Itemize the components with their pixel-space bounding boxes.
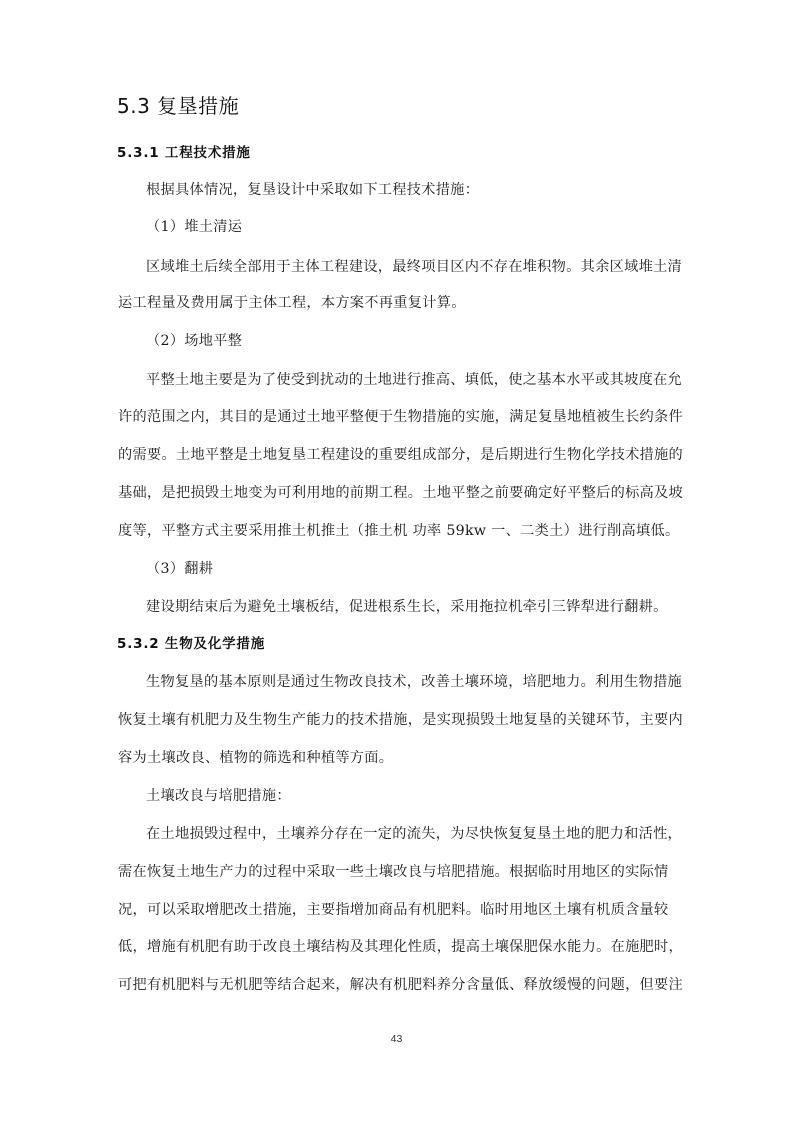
page-number: 43	[0, 1033, 793, 1045]
paragraph-line: 度等，平整方式主要采用推土机推土（推土机 功率 59kw 一、二类土）进行削高填…	[118, 521, 680, 541]
paragraph-line: 许的范围之内，其目的是通过土地平整便于生物措施的实施，满足复垦地植被生长约条件	[118, 407, 683, 427]
sub-title-soil-improvement: 土壤改良与培肥措施：	[146, 786, 291, 806]
item-title-site-leveling: （2）场地平整	[146, 331, 242, 351]
item-title-soil-removal: （1）堆土清运	[146, 217, 242, 237]
paragraph-line: 低，增施有机肥有助于改良土壤结构及其理化性质，提高土壤保肥保水能力。在施肥时，	[118, 937, 683, 957]
paragraph-line: 平整土地主要是为了使受到扰动的土地进行推高、填低，使之基本水平或其坡度在允	[146, 370, 682, 390]
paragraph-line: 在土地损毁过程中，土壤养分存在一定的流失，为尽快恢复复垦土地的肥力和活性，	[146, 824, 682, 844]
section-heading: 5.3 复垦措施	[117, 92, 239, 120]
paragraph-line: 运工程量及费用属于主体工程，本方案不再重复计算。	[118, 293, 466, 313]
paragraph-line: 需在恢复土地生产力的过程中采取一些土壤改良与培肥措施。根据临时用地区的实际情	[118, 862, 669, 882]
item-title-plowing: （3）翻耕	[146, 559, 213, 579]
document-page: 5.3 复垦措施 5.3.1 工程技术措施 根据具体情况，复垦设计中采取如下工程…	[0, 0, 793, 1121]
subsection-heading-biological: 5.3.2 生物及化学措施	[117, 634, 265, 654]
paragraph-line: 容为土壤改良、植物的筛选和种植等方面。	[118, 748, 393, 768]
paragraph-intro: 根据具体情况，复垦设计中采取如下工程技术措施：	[146, 180, 479, 200]
paragraph-line: 建设期结束后为避免土壤板结，促进根系生长，采用拖拉机牵引三铧犁进行翻耕。	[146, 597, 668, 617]
paragraph-line: 的需要。土地平整是土地复垦工程建设的重要组成部分，是后期进行生物化学技术措施的	[118, 445, 683, 465]
subsection-heading-engineering: 5.3.1 工程技术措施	[117, 143, 251, 163]
paragraph-line: 恢复土壤有机肥力及生物生产能力的技术措施，是实现损毁土地复垦的关键环节，主要内	[118, 710, 683, 730]
paragraph-line: 可把有机肥料与无机肥等结合起来，解决有机肥料养分含量低、释放缓慢的问题，但要注	[118, 975, 683, 995]
paragraph-line: 区域堆土后续全部用于主体工程建设，最终项目区内不存在堆积物。其余区域堆土清	[146, 257, 682, 277]
paragraph-line: 生物复垦的基本原则是通过生物改良技术，改善土壤环境，培肥地力。利用生物措施	[146, 672, 682, 692]
paragraph-line: 基础，是把损毁土地变为可利用地的前期工程。土地平整之前要确定好平整后的标高及坡	[118, 483, 683, 503]
paragraph-line: 况，可以采取增肥改土措施，主要指增加商品有机肥料。临时用地区土壤有机质含量较	[118, 900, 669, 920]
